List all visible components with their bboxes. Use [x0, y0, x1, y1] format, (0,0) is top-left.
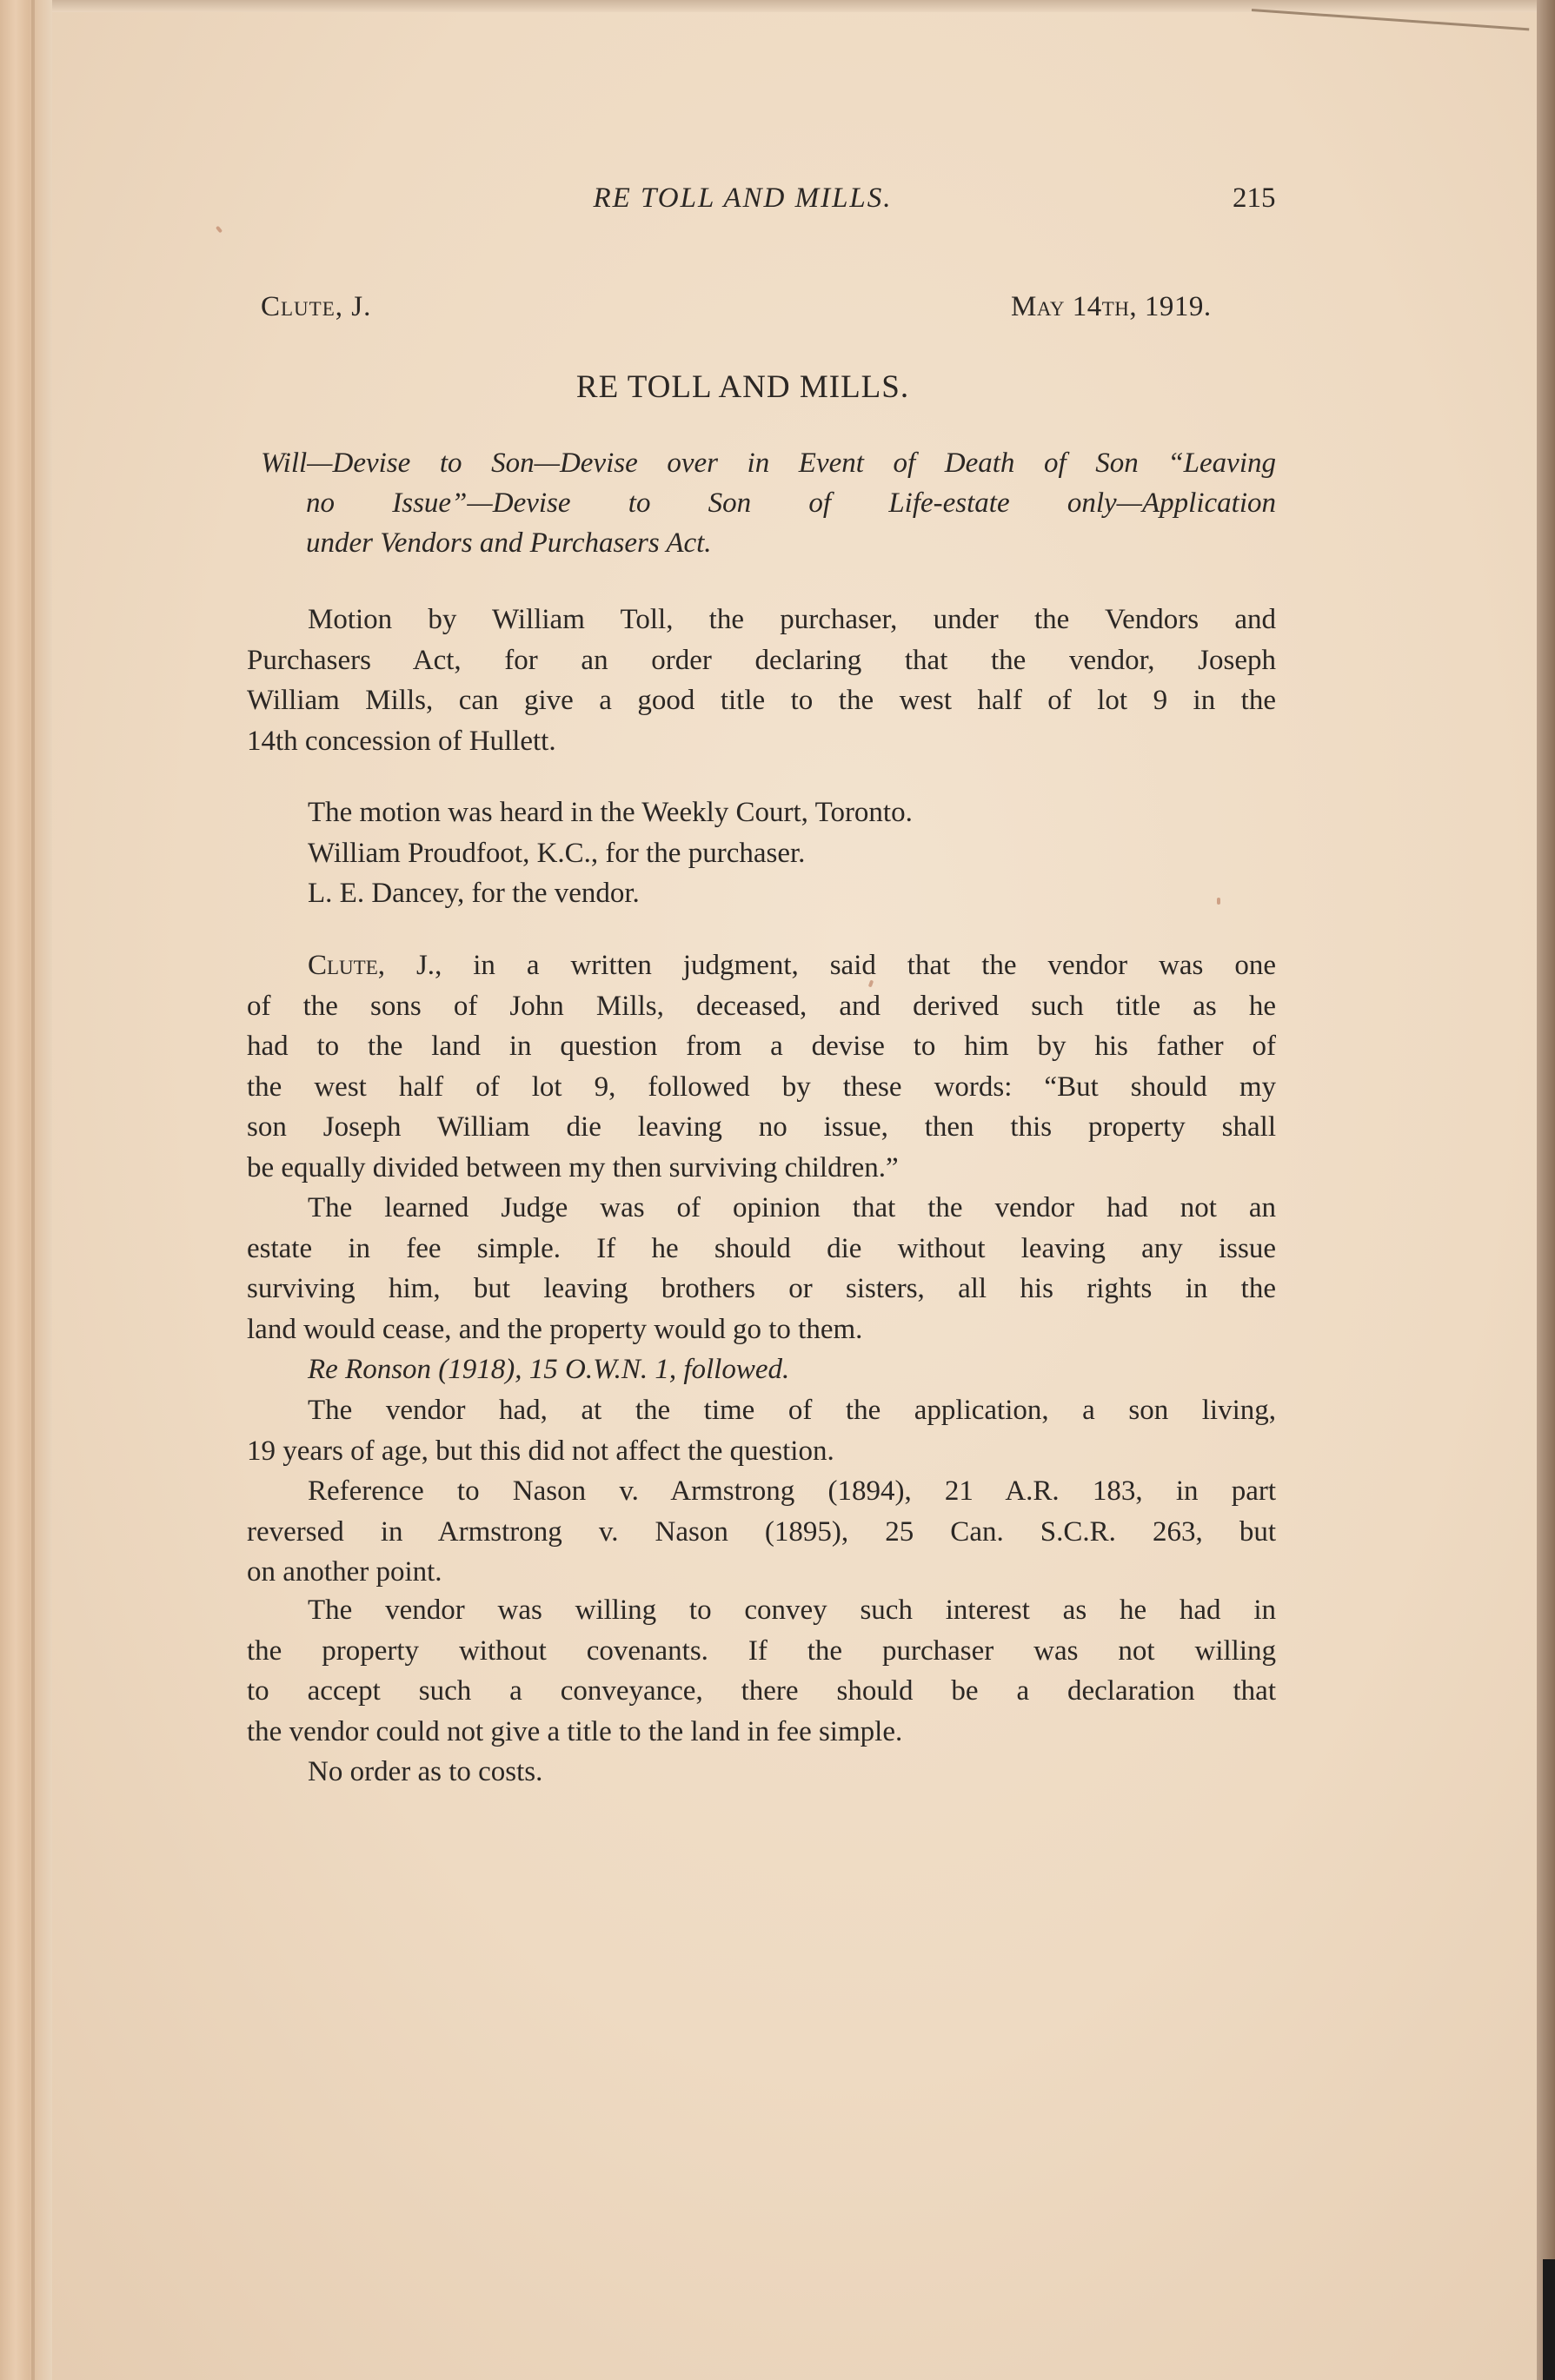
text-line: Re Ronson (1918), 15 O.W.N. 1, followed. — [247, 1349, 1276, 1390]
text-line: The motion was heard in the Weekly Court… — [247, 792, 1276, 833]
judge-name-inline: Clute, J. — [308, 950, 435, 981]
date-year: 1919. — [1145, 291, 1212, 322]
text-line: Reference to Nason v. Armstrong (1894), … — [247, 1471, 1276, 1512]
text-line: of the sons of John Mills, deceased, and… — [247, 986, 1276, 1027]
case-title: RE TOLL AND MILLS. — [0, 368, 1555, 406]
book-page: RE TOLL AND MILLS. 215 Clute, J. May 14t… — [0, 0, 1537, 2380]
judge-name: Clute, J. — [261, 291, 371, 323]
paragraph-son-living: The vendor had, at the time of the appli… — [247, 1390, 1276, 1471]
text-line: land would cease, and the property would… — [247, 1309, 1276, 1350]
text-line: the west half of lot 9, followed by thes… — [247, 1067, 1276, 1108]
decision-date: May 14th, 1919. — [1011, 291, 1212, 323]
text-line: Motion by William Toll, the purchaser, u… — [247, 600, 1276, 640]
text-line: to accept such a conveyance, there shoul… — [247, 1671, 1276, 1712]
text-line: be equally divided between my then survi… — [247, 1148, 1276, 1189]
text-line: Purchasers Act, for an order declaring t… — [247, 640, 1276, 681]
text-line: reversed in Armstrong v. Nason (1895), 2… — [247, 1512, 1276, 1553]
text-line: 19 years of age, but this did not affect… — [247, 1431, 1276, 1472]
running-head-title: RE TOLL AND MILLS. — [0, 182, 1555, 215]
text-line: The vendor was willing to convey such in… — [247, 1590, 1276, 1631]
case-citation: Re Ronson (1918), 15 O.W.N. 1, followed. — [308, 1354, 789, 1385]
book-edge — [1537, 0, 1555, 2380]
text-line: surviving him, but leaving brothers or s… — [247, 1269, 1276, 1309]
headnote-line: under Vendors and Purchasers Act. — [261, 523, 1276, 563]
gutter-shadow — [31, 0, 35, 2380]
paragraph-reference: Reference to Nason v. Armstrong (1894), … — [247, 1471, 1276, 1593]
text-line: The learned Judge was of opinion that th… — [247, 1188, 1276, 1229]
paragraph-motion: Motion by William Toll, the purchaser, u… — [247, 600, 1276, 761]
paragraph-conveyance: The vendor was willing to convey such in… — [247, 1590, 1276, 1752]
page-top-edge — [0, 0, 1555, 12]
page-gutter — [0, 0, 52, 2380]
text-line: William Proudfoot, K.C., for the purchas… — [247, 833, 1276, 874]
text-line: had to the land in question from a devis… — [247, 1026, 1276, 1067]
text-line: William Mills, can give a good title to … — [247, 680, 1276, 721]
text-line: 14th concession of Hullett. — [247, 721, 1276, 762]
text-line: L. E. Dancey, for the vendor. — [247, 873, 1276, 914]
paragraph-costs: No order as to costs. — [247, 1752, 1276, 1793]
text-line: on another point. — [247, 1552, 1276, 1593]
headnote-line: Will—Devise to Son—Devise over in Event … — [261, 443, 1276, 483]
text-line: No order as to costs. — [247, 1752, 1276, 1793]
text-line: The vendor had, at the time of the appli… — [247, 1390, 1276, 1431]
text-fragment: , in a written judgment, said that the v… — [435, 950, 1276, 981]
text-line: the vendor could not give a title to the… — [247, 1712, 1276, 1753]
scan-background — [1543, 2259, 1555, 2380]
page-number: 215 — [1233, 182, 1276, 215]
headnote: Will—Devise to Son—Devise over in Event … — [261, 443, 1276, 563]
paragraph-opinion: The learned Judge was of opinion that th… — [247, 1188, 1276, 1349]
date-month: May — [1011, 291, 1065, 322]
paragraph-judgment: Clute, J., in a written judgment, said t… — [247, 945, 1276, 1188]
date-day: 14th, — [1073, 291, 1137, 322]
text-line: estate in fee simple. If he should die w… — [247, 1229, 1276, 1270]
text-line: Clute, J., in a written judgment, said t… — [247, 945, 1276, 986]
text-line: the property without covenants. If the p… — [247, 1631, 1276, 1672]
paragraph-hearing: The motion was heard in the Weekly Court… — [247, 792, 1276, 914]
headnote-line: no Issue”—Devise to Son of Life-estate o… — [261, 483, 1276, 523]
paper-speck — [216, 226, 223, 234]
text-line: son Joseph William die leaving no issue,… — [247, 1107, 1276, 1148]
paragraph-ronson: Re Ronson (1918), 15 O.W.N. 1, followed. — [247, 1349, 1276, 1390]
